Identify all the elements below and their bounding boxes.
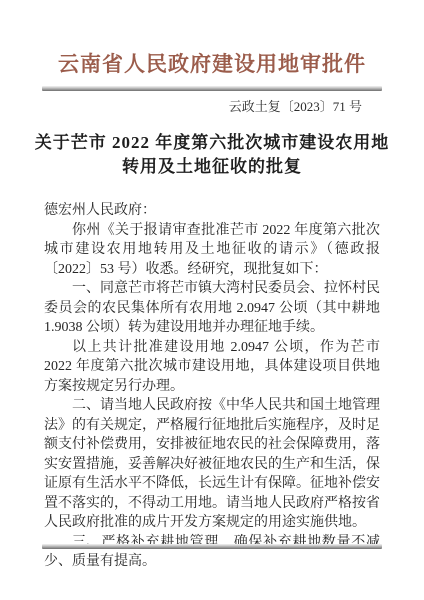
letterhead-title: 云南省人民政府建设用地审批件 bbox=[0, 49, 424, 79]
document-title: 关于芒市 2022 年度第六批次城市建设农用地 转用及土地征收的批复 bbox=[30, 131, 394, 179]
salutation: 德宏州人民政府： bbox=[44, 201, 380, 221]
document-title-line1: 关于芒市 2022 年度第六批次城市建设农用地 bbox=[30, 131, 394, 155]
paragraph-total-approval: 以上共计批准建设用地 2.0947 公顷，作为芒市 2022 年度第六批次城市建… bbox=[44, 338, 380, 397]
footer-divider bbox=[42, 544, 382, 549]
paragraph-item-2: 二、请当地人民政府按《中华人民共和国土地管理法》的有关规定，严格履行征地批后实施… bbox=[44, 396, 380, 533]
paragraph-item-1: 一、同意芒市将芒市镇大湾村民委员会、拉怀村民委员会的农民集体所有农用地 2.09… bbox=[44, 279, 380, 338]
letterhead-divider bbox=[42, 86, 382, 91]
document-title-line2: 转用及土地征收的批复 bbox=[30, 155, 394, 179]
paragraph-intro: 你州《关于报请审查批准芒市 2022 年度第六批次城市建设农用地转用及土地征收的… bbox=[44, 221, 380, 280]
document-body: 德宏州人民政府： 你州《关于报请审查批准芒市 2022 年度第六批次城市建设农用… bbox=[44, 201, 380, 572]
doc-number: 云政土复〔2023〕71 号 bbox=[0, 99, 424, 115]
document-page: 云南省人民政府建设用地审批件 云政土复〔2023〕71 号 关于芒市 2022 … bbox=[0, 0, 424, 600]
paragraph-item-3: 三、严格补充耕地管理，确保补充耕地数量不减少、质量有提高。 bbox=[44, 533, 380, 572]
